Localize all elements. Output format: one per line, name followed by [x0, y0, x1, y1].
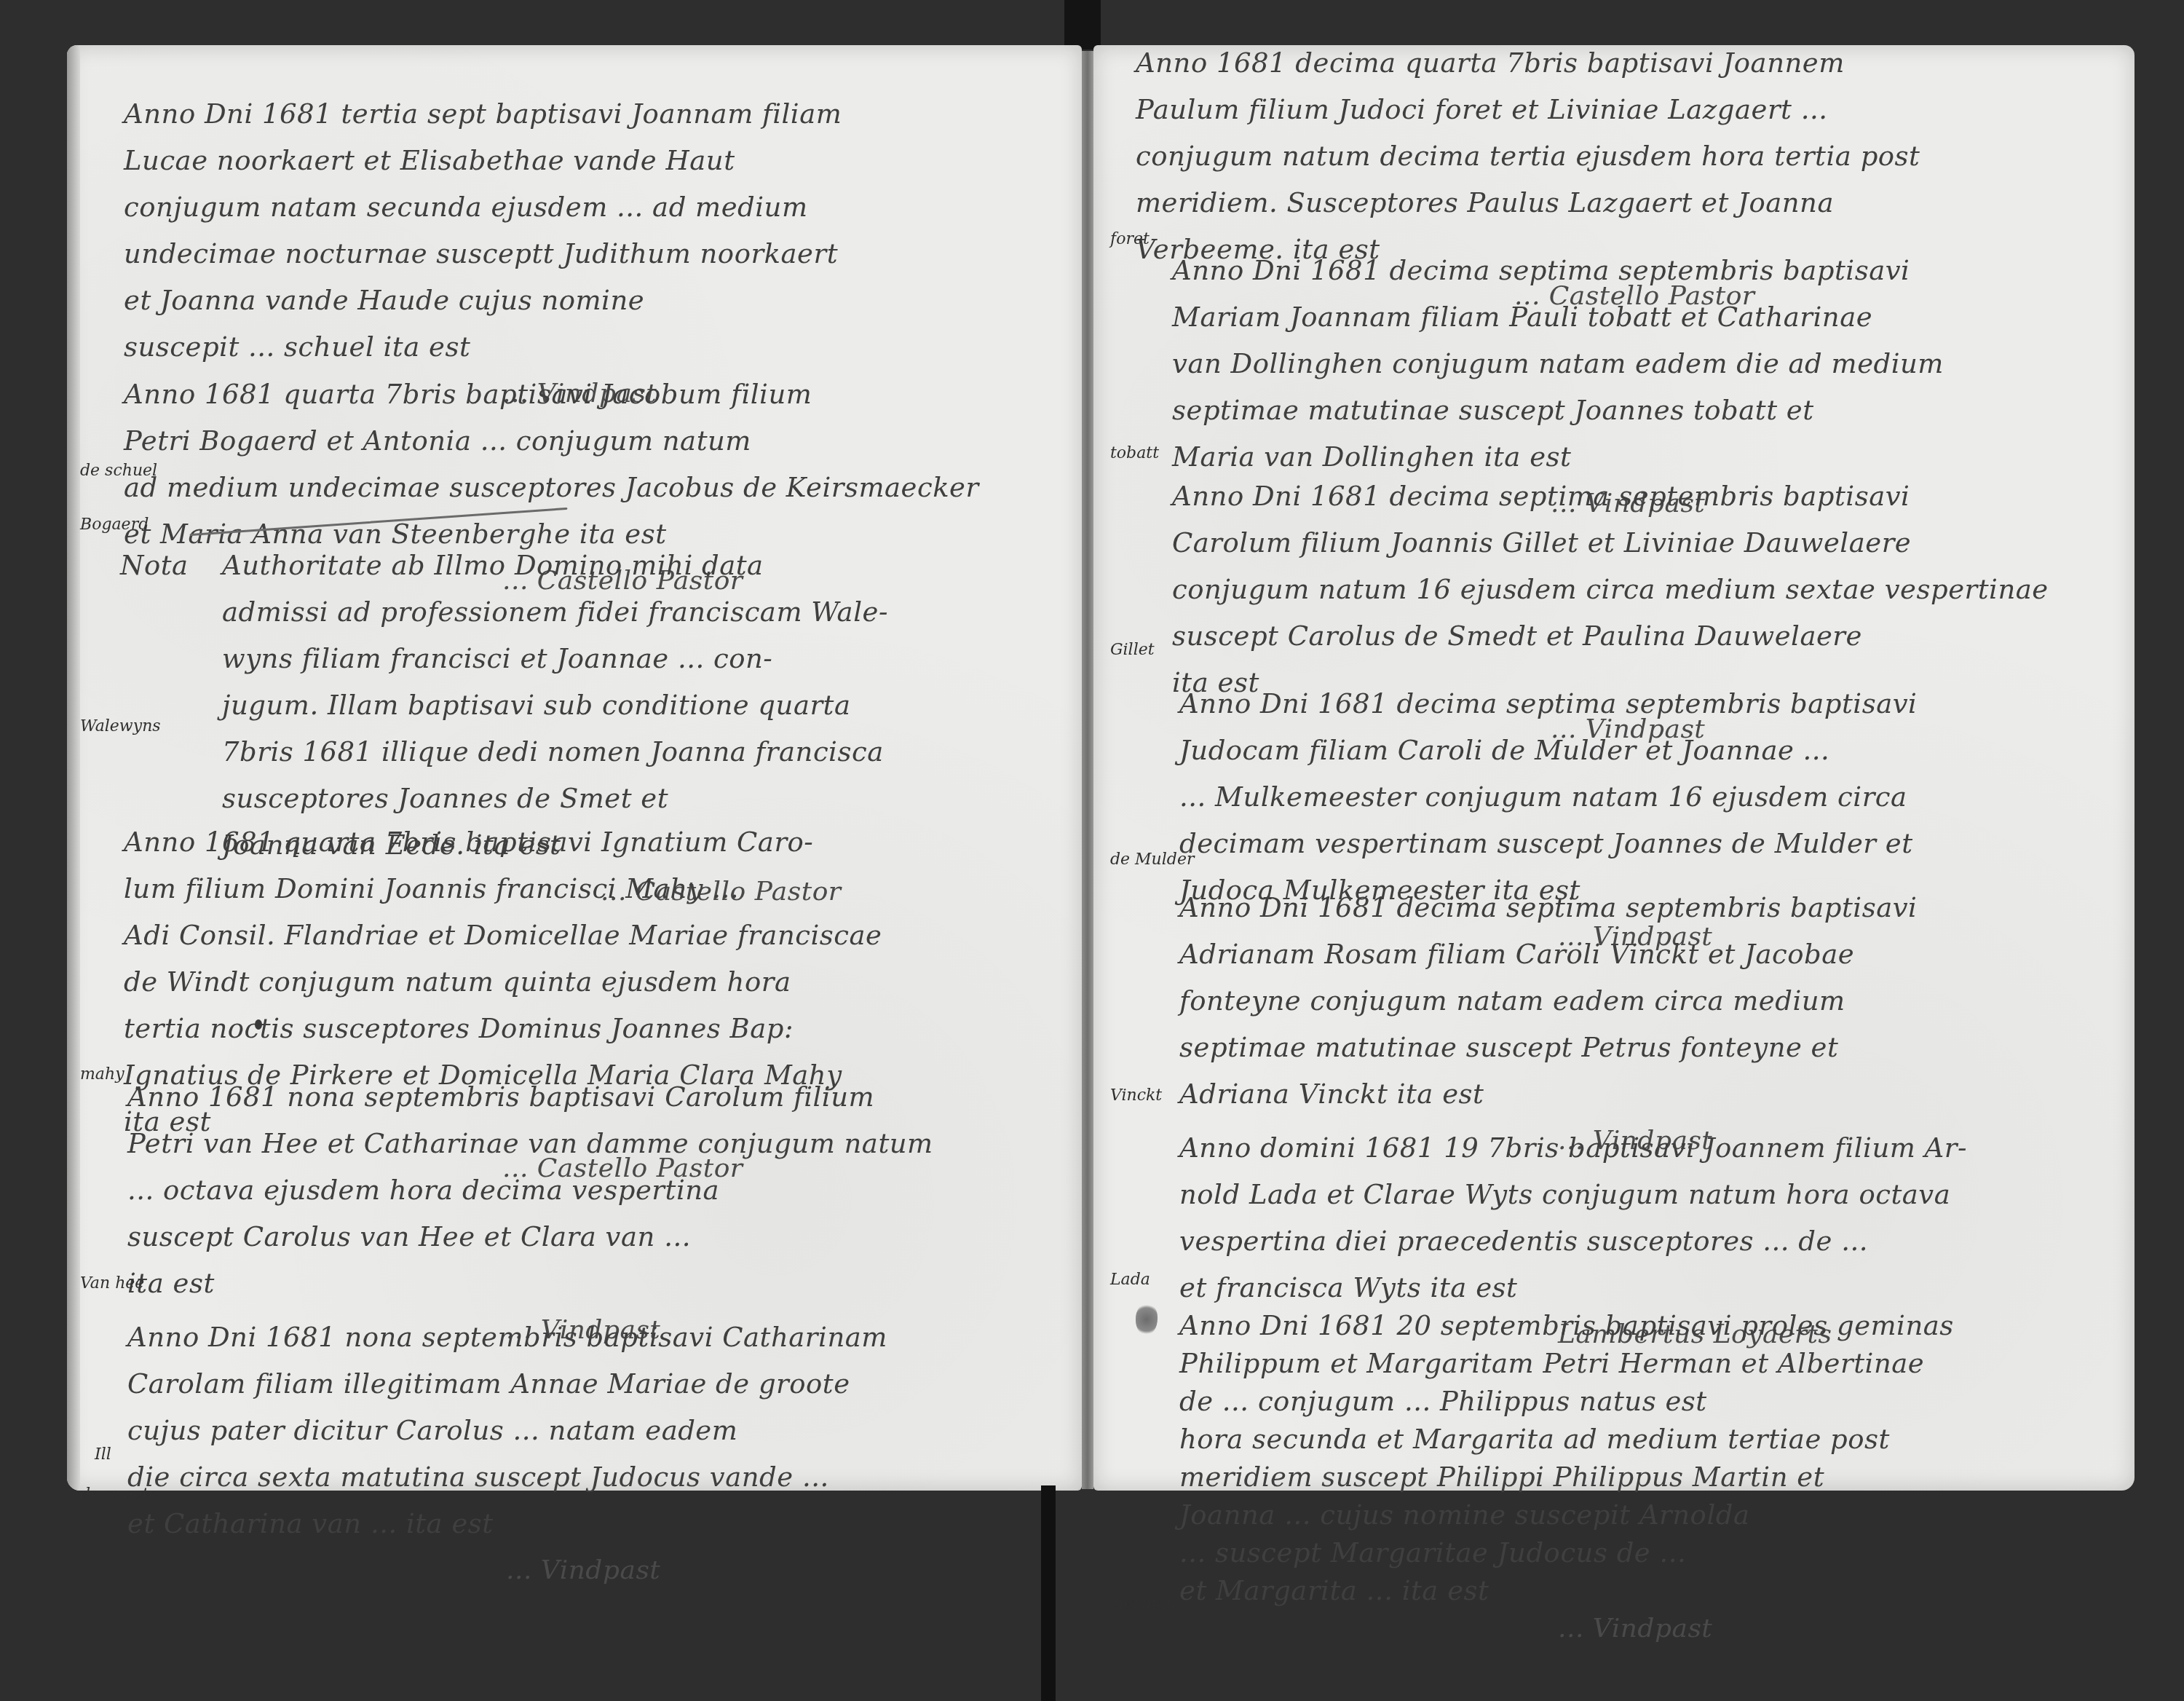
- ink-dot: [255, 1019, 262, 1030]
- entry-line: et Joanna vande Haude cujus nomine: [124, 277, 842, 324]
- entry-line: et Catharina van ... ita est: [127, 1501, 887, 1547]
- entry-line: admissi ad professionem fidei franciscam…: [222, 589, 888, 636]
- entry-line: wyns filiam francisci et Joannae ... con…: [222, 636, 888, 682]
- entry-line: Anno 1681 quarta 7bris baptisavi Jacobum…: [124, 371, 979, 418]
- entry-line: 7bris 1681 illique dedi nomen Joanna fra…: [222, 729, 888, 775]
- entry-line: decimam vespertinam suscept Joannes de M…: [1179, 821, 1917, 867]
- entry-line: jugum. Illam baptisavi sub conditione qu…: [222, 682, 888, 729]
- entry-line: Anno Dni 1681 nona septembris baptisavi …: [127, 1314, 887, 1361]
- entry-line: Adriana Vinckt ita est: [1179, 1071, 1917, 1118]
- baptism-entry: Anno Dni 1681 tertia sept baptisavi Joan…: [124, 91, 842, 417]
- entry-line: de ... conjugum ... Philippus natus est: [1179, 1383, 1954, 1421]
- baptism-entry: Anno 1681 nona septembris baptisavi Caro…: [127, 1074, 933, 1354]
- entry-line: ... octava ejusdem hora decima vespertin…: [127, 1167, 933, 1214]
- book-gutter: [1082, 51, 1093, 1489]
- margin-note: Walewyns: [80, 717, 161, 735]
- register-spread: Anno Dni 1681 tertia sept baptisavi Joan…: [0, 0, 2184, 1701]
- margin-note: mahy: [80, 1065, 124, 1084]
- entry-line: conjugum natum decima tertia ejusdem hor…: [1136, 133, 1920, 180]
- entry-line: fonteyne conjugum natam eadem circa medi…: [1179, 978, 1917, 1025]
- entry-line: Anno domini 1681 19 7bris baptisavi Joan…: [1179, 1125, 1967, 1172]
- entry-line: Anno Dni 1681 20 septembris baptisavi pr…: [1179, 1307, 1954, 1345]
- margin-note: tobatt: [1110, 444, 1159, 462]
- margin-note: Ill: [95, 1445, 111, 1464]
- entry-line: Anno Dni 1681 decima septima septembris …: [1179, 681, 1917, 727]
- entry-line: nold Lada et Clarae Wyts conjugum natum …: [1179, 1172, 1967, 1218]
- entry-closing: suscepit ... schuel ita est: [124, 324, 842, 371]
- entry-line: Authoritate ab Illmo Domino mihi data: [222, 542, 888, 589]
- baptism-entry: Anno Dni 1681 20 septembris baptisavi pr…: [1179, 1307, 1954, 1648]
- entry-line: Anno Dni 1681 decima septima septembris …: [1179, 885, 1917, 931]
- entry-line: Adi Consil. Flandriae et Domicellae Mari…: [124, 912, 882, 959]
- margin-note: de Mulder: [1110, 850, 1194, 869]
- entry-line: conjugum natum 16 ejusdem circa medium s…: [1172, 567, 2049, 613]
- entry-line: Mariam Joannam filiam Pauli tobatt et Ca…: [1172, 294, 1944, 341]
- entry-line: hora secunda et Margarita ad medium tert…: [1179, 1421, 1954, 1459]
- entry-line: et francisca Wyts ita est: [1179, 1265, 1967, 1311]
- entry-line: meridiem suscept Philippi Philippus Mart…: [1179, 1459, 1954, 1496]
- binding-top: [1064, 0, 1101, 50]
- baptism-entry: Anno Dni 1681 nona septembris baptisavi …: [127, 1314, 887, 1594]
- entry-line: septimae matutinae suscept Petrus fontey…: [1179, 1025, 1917, 1071]
- entry-line: undecimae nocturnae susceptt Judithum no…: [124, 231, 842, 277]
- margin-note: Gillet: [1110, 641, 1155, 659]
- entry-line: tertia noctis susceptores Dominus Joanne…: [124, 1006, 882, 1052]
- binding-bottom: [1041, 1485, 1056, 1701]
- entry-line: Joanna ... cujus nomine suscepit Arnolda: [1179, 1496, 1954, 1534]
- entry-line: Carolam filiam illegitimam Annae Mariae …: [127, 1361, 887, 1408]
- margin-note: Bogaerd: [80, 516, 149, 534]
- entry-line: susceptores Joannes de Smet et: [222, 775, 888, 822]
- entry-line: conjugum natam secunda ejusdem ... ad me…: [124, 184, 842, 231]
- entry-line: Anno Dni 1681 decima septima septembris …: [1172, 473, 2049, 520]
- entry-line: Adrianam Rosam filiam Caroli Vinckt et J…: [1179, 931, 1917, 978]
- margin-note: de schuel: [80, 462, 157, 480]
- entry-line: Petri van Hee et Catharinae van damme co…: [127, 1121, 933, 1167]
- entry-line: Anno 1681 nona septembris baptisavi Caro…: [127, 1074, 933, 1121]
- margin-note: herman: [1114, 1595, 1176, 1613]
- entry-line: ... suscept Margaritae Judocus de ...: [1179, 1534, 1954, 1572]
- margin-note: Vinckt: [1110, 1086, 1162, 1105]
- entry-line: Paulum filium Judoci foret et Liviniae L…: [1136, 87, 1920, 133]
- margin-note: foret: [1110, 230, 1150, 248]
- entry-line: vespertina diei praecedentis susceptores…: [1179, 1218, 1967, 1265]
- priest-signature: ... Vindpast: [127, 1547, 887, 1594]
- entry-line: Philippum et Margaritam Petri Herman et …: [1179, 1345, 1954, 1383]
- entry-line: Carolum filium Joannis Gillet et Livinia…: [1172, 520, 2049, 567]
- entry-line: Anno Dni 1681 tertia sept baptisavi Joan…: [124, 91, 842, 138]
- margin-note: Lada: [1110, 1271, 1150, 1289]
- entry-line: ita est: [127, 1260, 933, 1307]
- nota-label: Nota: [120, 542, 189, 589]
- entry-line: Anno Dni 1681 decima septima septembris …: [1172, 248, 1944, 294]
- entry-line: Petri Bogaerd et Antonia ... conjugum na…: [124, 418, 979, 465]
- baptism-entry: Anno Dni 1681 decima septima septembris …: [1179, 885, 1917, 1164]
- entry-line: meridiem. Susceptores Paulus Lazgaert et…: [1136, 180, 1920, 226]
- entry-line: septimae matutinae suscept Joannes tobat…: [1172, 387, 1944, 434]
- entry-line: Lucae noorkaert et Elisabethae vande Hau…: [124, 138, 842, 184]
- entry-line: Anno 1681 quarta 7bris baptisavi Ignatiu…: [124, 819, 882, 866]
- priest-signature: ... Vindpast: [1179, 1610, 1954, 1648]
- entry-line: et Margarita ... ita est: [1179, 1572, 1954, 1610]
- entry-line: Anno 1681 decima quarta 7bris baptisavi …: [1136, 40, 1920, 87]
- entry-line: cujus pater dicitur Carolus ... natam ea…: [127, 1408, 887, 1454]
- entry-line: van Dollinghen conjugum natam eadem die …: [1172, 341, 1944, 387]
- entry-line: ad medium undecimae susceptores Jacobus …: [124, 465, 979, 511]
- entry-line: lum filium Domini Joannis francisci Mahy…: [124, 866, 882, 912]
- margin-note: Van hee: [80, 1274, 144, 1292]
- entry-line: die circa sexta matutina suscept Judocus…: [127, 1454, 887, 1501]
- entry-line: ... Mulkemeester conjugum natam 16 ejusd…: [1179, 774, 1917, 821]
- entry-line: Judocam filiam Caroli de Mulder et Joann…: [1179, 727, 1917, 774]
- entry-line: suscept Carolus van Hee et Clara van ...: [127, 1214, 933, 1260]
- margin-note: de groote: [80, 1485, 158, 1504]
- entry-line: suscept Carolus de Smedt et Paulina Dauw…: [1172, 613, 2049, 660]
- entry-line: de Windt conjugum natum quinta ejusdem h…: [124, 959, 882, 1006]
